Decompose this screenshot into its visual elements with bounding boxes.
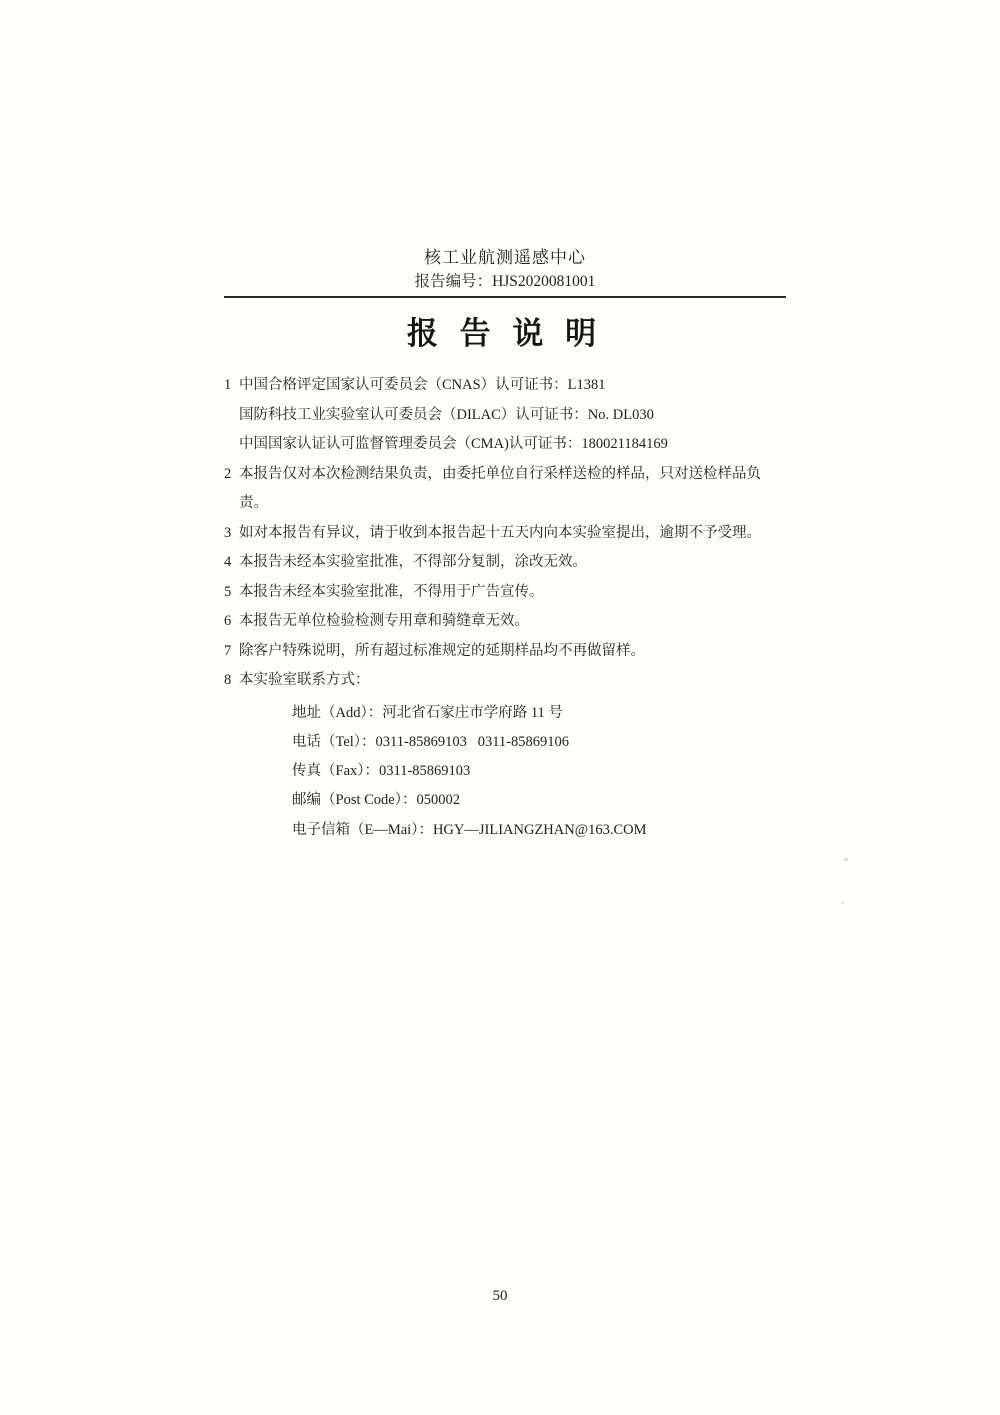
document-body: 核工业航测遥感中心 报告编号：HJS2020081001 报 告 说 明 1 中… xyxy=(224,247,786,845)
list-item: 2 本报告仅对本次检测结果负责，由委托单位自行采样送检的样品，只对送检样品负责。 xyxy=(224,460,786,519)
item-number: 8 xyxy=(224,666,239,696)
item-number: 6 xyxy=(224,607,239,637)
page-title: 报 告 说 明 xyxy=(224,314,786,354)
contact-address: 地址（Add）：河北省石家庄市学府路 11 号 xyxy=(292,699,786,728)
contact-telephone: 电话（Tel）：0311-85869103 0311-85869106 xyxy=(292,728,786,757)
item-text: 中国合格评定国家认可委员会（CNAS）认可证书：L1381 xyxy=(239,371,786,401)
report-number: 报告编号：HJS2020081001 xyxy=(224,271,786,292)
item-text: 除客户特殊说明，所有超过标准规定的延期样品均不再做留样。 xyxy=(239,637,786,667)
list-item: 7 除客户特殊说明，所有超过标准规定的延期样品均不再做留样。 xyxy=(224,637,786,667)
item-number: 4 xyxy=(224,548,239,578)
contact-post-code: 邮编（Post Code）：050002 xyxy=(292,786,786,815)
lab-contact-block: 地址（Add）：河北省石家庄市学府路 11 号 电话（Tel）：0311-858… xyxy=(292,699,786,845)
header-divider-line xyxy=(224,296,786,298)
item-number: 2 xyxy=(224,460,239,519)
report-notes-list: 1 中国合格评定国家认可委员会（CNAS）认可证书：L1381 国防科技工业实验… xyxy=(224,371,786,696)
item-text: 如对本报告有异议，请于收到本报告起十五天内向本实验室提出，逾期不予受理。 xyxy=(239,519,786,549)
item-text: 本报告仅对本次检测结果负责，由委托单位自行采样送检的样品，只对送检样品负责。 xyxy=(239,460,786,519)
item-text: 本实验室联系方式： xyxy=(239,666,786,696)
list-item: 6 本报告无单位检验检测专用章和骑缝章无效。 xyxy=(224,607,786,637)
page-number: 50 xyxy=(0,1288,1000,1305)
item-number: 1 xyxy=(224,371,239,460)
scan-speck xyxy=(841,901,844,904)
item-number: 5 xyxy=(224,578,239,608)
list-item: 5 本报告未经本实验室批准，不得用于广告宣传。 xyxy=(224,578,786,608)
contact-fax: 传真（Fax）：0311-85869103 xyxy=(292,757,786,786)
item-text: 中国国家认证认可监督管理委员会（CMA)认可证书：180021184169 xyxy=(239,430,786,460)
document-page: 核工业航测遥感中心 报告编号：HJS2020081001 报 告 说 明 1 中… xyxy=(0,0,1000,1415)
list-item: 8 本实验室联系方式： xyxy=(224,666,786,696)
list-item: 3 如对本报告有异议，请于收到本报告起十五天内向本实验室提出，逾期不予受理。 xyxy=(224,519,786,549)
organization-name: 核工业航测遥感中心 xyxy=(224,247,786,269)
list-item: 1 中国合格评定国家认可委员会（CNAS）认可证书：L1381 国防科技工业实验… xyxy=(224,371,786,460)
item-text: 本报告未经本实验室批准，不得部分复制，涂改无效。 xyxy=(239,548,786,578)
item-text: 本报告无单位检验检测专用章和骑缝章无效。 xyxy=(239,607,786,637)
item-number: 3 xyxy=(224,519,239,549)
item-text: 国防科技工业实验室认可委员会（DILAC）认可证书：No. DL030 xyxy=(239,401,786,431)
scan-speck xyxy=(844,858,848,861)
list-item: 4 本报告未经本实验室批准，不得部分复制，涂改无效。 xyxy=(224,548,786,578)
item-number: 7 xyxy=(224,637,239,667)
contact-email: 电子信箱（E—Mai）：HGY—JILIANGZHAN@163.COM xyxy=(292,816,786,845)
item-text: 本报告未经本实验室批准，不得用于广告宣传。 xyxy=(239,578,786,608)
